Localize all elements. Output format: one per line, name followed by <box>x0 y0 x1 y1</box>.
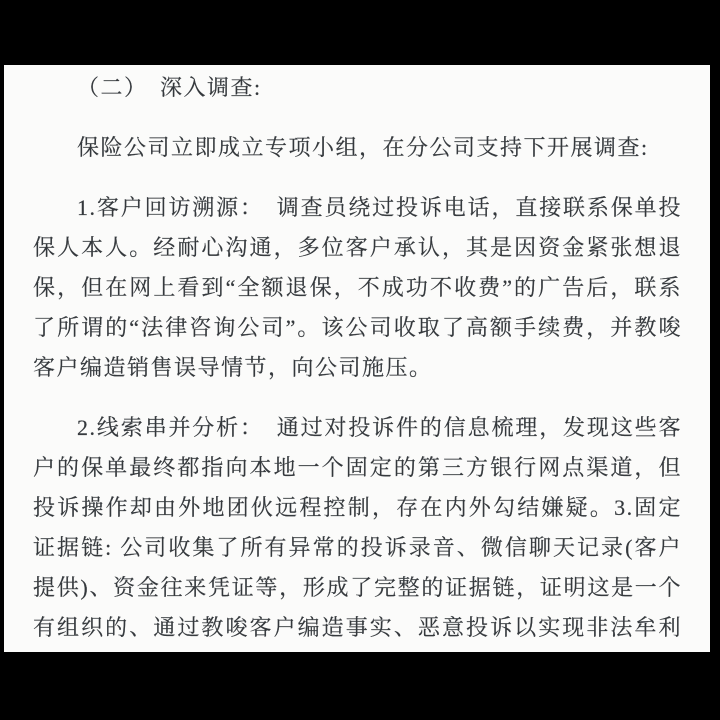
screenshot-stage: （二） 深入调查: 保险公司立即成立专项小组，在分公司支持下开展调查: 1.客户… <box>0 0 720 720</box>
document-page: （二） 深入调查: 保险公司立即成立专项小组，在分公司支持下开展调查: 1.客户… <box>4 65 710 652</box>
letterbox-right-strip <box>710 0 720 720</box>
paragraph-intro: 保险公司立即成立专项小组，在分公司支持下开展调查: <box>33 128 682 168</box>
letterbox-left-strip <box>0 0 4 720</box>
section-heading: （二） 深入调查: <box>33 68 682 108</box>
paragraph-clue-analysis-and-evidence: 2.线索串并分析： 通过对投诉件的信息梳理，发现这些客户的保单最终都指向本地一个… <box>33 408 682 688</box>
paragraph-customer-callback: 1.客户回访溯源： 调查员绕过投诉电话，直接联系保单投保人本人。经耐心沟通，多位… <box>33 188 682 388</box>
letterbox-bottom-bar <box>0 652 720 720</box>
letterbox-top-bar <box>0 0 720 65</box>
document-body: （二） 深入调查: 保险公司立即成立专项小组，在分公司支持下开展调查: 1.客户… <box>33 68 682 688</box>
